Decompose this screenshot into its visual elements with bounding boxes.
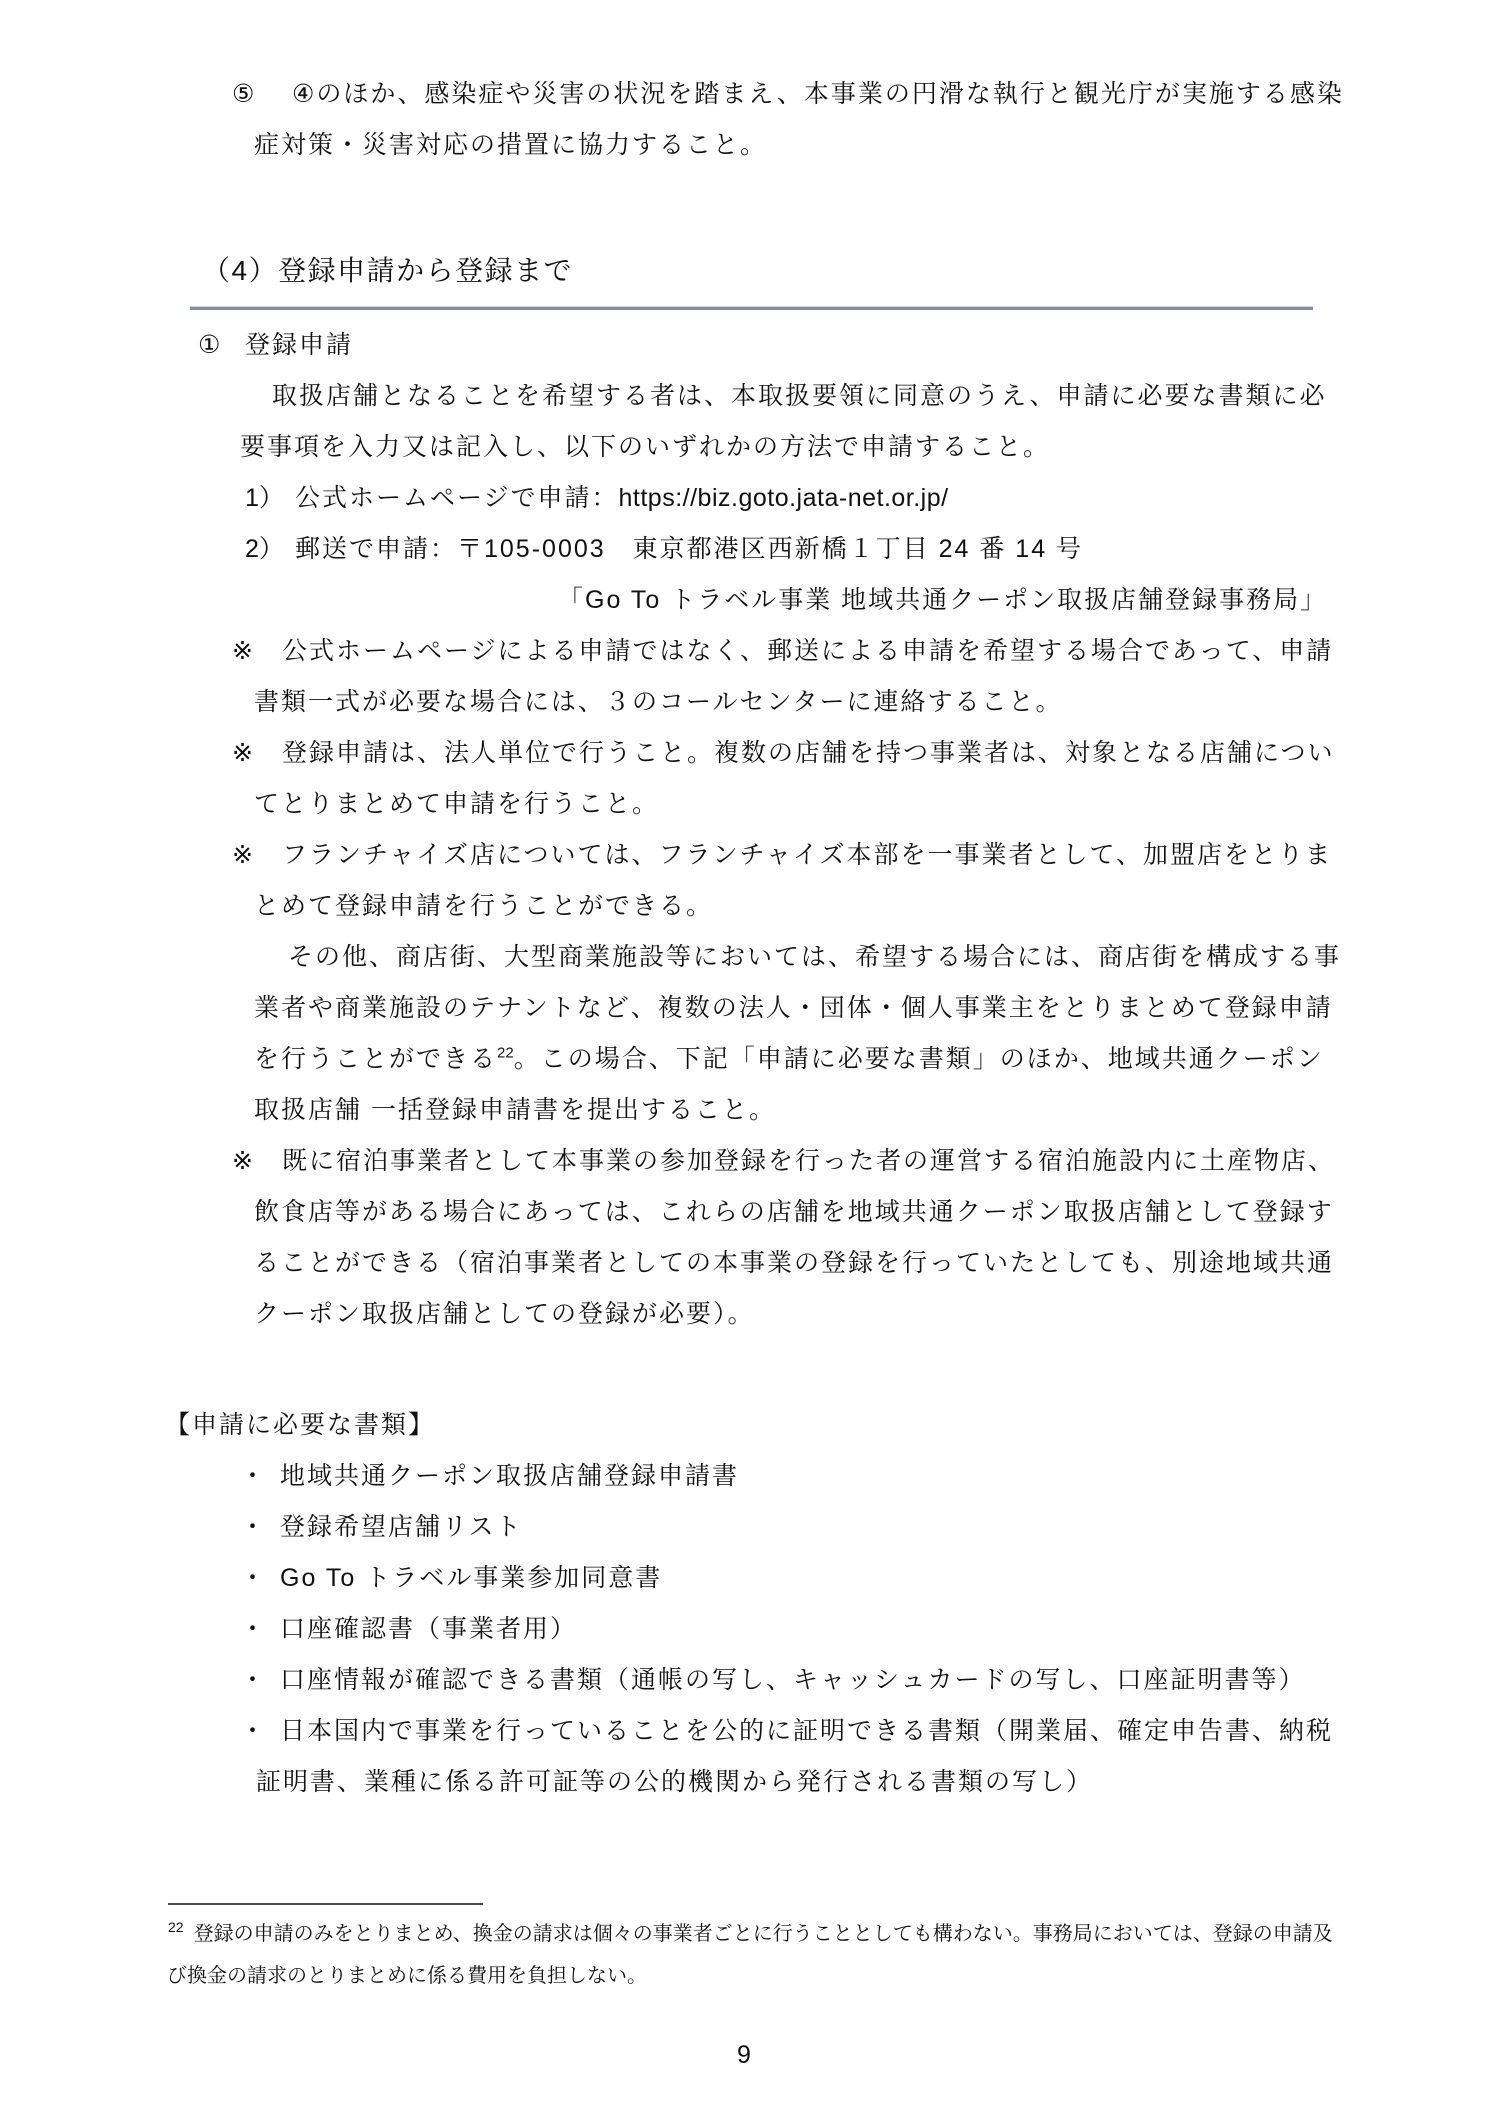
required-doc-item-wrap: 証明書、業種に係る許可証等の公的機関から発行される書類の写し）: [0, 1757, 1488, 1808]
note1-line1: ※公式ホームページによる申請ではなく、郵送による申請を希望する場合であって、申請: [0, 626, 1488, 677]
footnote-line1: 22登録の申請のみをとりまとめ、換金の請求は個々の事業者ごとに行うこととしても構…: [0, 1913, 1488, 1955]
note-marker: ※: [232, 728, 282, 779]
subsection-heading: ①登録申請: [0, 320, 1488, 371]
required-doc-text: 口座確認書（事業者用）: [280, 1615, 577, 1643]
note3-line1: ※フランチャイズ店については、フランチャイズ本部を一事業者として、加盟店をとりま: [0, 830, 1488, 881]
required-doc-item: ・口座確認書（事業者用）: [0, 1604, 1488, 1655]
note-marker: ※: [232, 626, 282, 677]
note4-line4: クーポン取扱店舗としての登録が必要）。: [0, 1289, 1488, 1340]
required-doc-item: ・登録希望店舗リスト: [0, 1502, 1488, 1553]
footnote-line2: び換金の請求のとりまとめに係る費用を負担しない。: [0, 1955, 1488, 1997]
page-number: 9: [0, 2030, 1488, 2080]
section-heading-rule: [190, 306, 1313, 310]
required-doc-text: 口座情報が確認できる書類（通帳の写し、キャッシュカードの写し、口座証明書等）: [280, 1666, 1306, 1694]
application-url: https://biz.goto.jata-net.or.jp/: [619, 484, 949, 512]
method-online-label: 公式ホームページで申請：: [295, 484, 619, 512]
required-docs-heading: 【申請に必要な書類】: [0, 1400, 1488, 1451]
note3-line2: とめて登録申請を行うことができる。: [0, 881, 1488, 932]
note3-text5-pre: を行うことができる: [254, 1045, 497, 1073]
mail-office-line: 「Go To トラベル事業 地域共通クーポン取扱店舗登録事務局」: [0, 575, 1488, 626]
required-doc-text: 日本国内で事業を行っていることを公的に証明できる書類（開業届、確定申告書、納税: [280, 1717, 1333, 1745]
section-heading: （4）登録申請から登録まで: [0, 249, 1488, 293]
method-2-marker: 2）: [245, 524, 295, 575]
note1-line2: 書類一式が必要な場合には、３のコールセンターに連絡すること。: [0, 677, 1488, 728]
bullet-marker: ・: [240, 1553, 280, 1604]
document-body: ⑤④のほか、感染症や災害の状況を踏まえ、本事業の円滑な執行と観光庁が実施する感染…: [0, 0, 1488, 1808]
footnote-number: 22: [168, 1919, 184, 1935]
bullet-marker: ・: [240, 1451, 280, 1502]
required-doc-item: ・地域共通クーポン取扱店舗登録申請書: [0, 1451, 1488, 1502]
required-doc-text: Go To トラベル事業参加同意書: [280, 1564, 662, 1592]
note4-text1: 既に宿泊事業者として本事業の参加登録を行った者の運営する宿泊施設内に土産物店、: [282, 1147, 1335, 1175]
method-1-marker: 1）: [245, 473, 295, 524]
note2-line2: てとりまとめて申請を行うこと。: [0, 779, 1488, 830]
note4-line1: ※既に宿泊事業者として本事業の参加登録を行った者の運営する宿泊施設内に土産物店、: [0, 1136, 1488, 1187]
required-doc-item: ・日本国内で事業を行っていることを公的に証明できる書類（開業届、確定申告書、納税: [0, 1706, 1488, 1757]
note3-text5-post: 。この場合、下記「申請に必要な書類」のほか、地域共通クーポン: [514, 1045, 1324, 1073]
required-doc-text: 登録希望店舗リスト: [280, 1513, 523, 1541]
note3-line3: その他、商店街、大型商業施設等においては、希望する場合には、商店街を構成する事: [0, 932, 1488, 983]
note2-line1: ※登録申請は、法人単位で行うこと。複数の店舗を持つ事業者は、対象となる店舗につい: [0, 728, 1488, 779]
note-marker: ※: [232, 830, 282, 881]
note-marker: ※: [232, 1136, 282, 1187]
footnote-ref-22: 22: [497, 1045, 514, 1062]
intro-item-line2: 症対策・災害対応の措置に協力すること。: [0, 120, 1488, 171]
bullet-marker: ・: [240, 1604, 280, 1655]
note3-line4: 業者や商業施設のテナントなど、複数の法人・団体・個人事業主をとりまとめて登録申請: [0, 983, 1488, 1034]
method-mail-text: 郵送で申請：〒105-0003 東京都港区西新橋１丁目 24 番 14 号: [295, 535, 1083, 563]
circled-1-marker: ①: [198, 320, 245, 371]
bullet-marker: ・: [240, 1655, 280, 1706]
intro-item-text1: ④のほか、感染症や災害の状況を踏まえ、本事業の円滑な執行と観光庁が実施する感染: [292, 80, 1344, 108]
subsection-title: 登録申請: [245, 331, 353, 359]
required-doc-item: ・口座情報が確認できる書類（通帳の写し、キャッシュカードの写し、口座証明書等）: [0, 1655, 1488, 1706]
bullet-marker: ・: [240, 1706, 280, 1757]
bullet-marker: ・: [240, 1502, 280, 1553]
intro-item-line1: ⑤④のほか、感染症や災害の状況を踏まえ、本事業の円滑な執行と観光庁が実施する感染: [0, 69, 1488, 120]
required-doc-text: 地域共通クーポン取扱店舗登録申請書: [280, 1462, 739, 1490]
document-page: ⑤④のほか、感染症や災害の状況を踏まえ、本事業の円滑な執行と観光庁が実施する感染…: [0, 0, 1488, 2104]
circled-5-marker: ⑤: [232, 69, 292, 120]
note3-text1: フランチャイズ店については、フランチャイズ本部を一事業者として、加盟店をとりま: [282, 841, 1332, 869]
note4-line2: 飲食店等がある場合にあっては、これらの店舗を地域共通クーポン取扱店舗として登録す: [0, 1187, 1488, 1238]
note4-line3: ることができる（宿泊事業者としての本事業の登録を行っていたとしても、別途地域共通: [0, 1238, 1488, 1289]
footnote-text1: 登録の申請のみをとりまとめ、換金の請求は個々の事業者ごとに行うこととしても構わな…: [194, 1923, 1333, 1945]
note3-line5: を行うことができる22。この場合、下記「申請に必要な書類」のほか、地域共通クーポ…: [0, 1034, 1488, 1085]
paragraph-line1: 取扱店舗となることを希望する者は、本取扱要領に同意のうえ、申請に必要な書類に必: [0, 371, 1488, 422]
note3-line6: 取扱店舗 一括登録申請書を提出すること。: [0, 1085, 1488, 1136]
footnote-separator-rule: [168, 1903, 483, 1905]
required-doc-item: ・Go To トラベル事業参加同意書: [0, 1553, 1488, 1604]
paragraph-line2: 要事項を入力又は記入し、以下のいずれかの方法で申請すること。: [0, 422, 1488, 473]
footnote-area: 22登録の申請のみをとりまとめ、換金の請求は個々の事業者ごとに行うこととしても構…: [0, 1903, 1488, 1997]
method-mail-line: 2）郵送で申請：〒105-0003 東京都港区西新橋１丁目 24 番 14 号: [0, 524, 1488, 575]
note1-text1: 公式ホームページによる申請ではなく、郵送による申請を希望する場合であって、申請: [282, 637, 1333, 665]
method-online-line: 1）公式ホームページで申請：https://biz.goto.jata-net.…: [0, 473, 1488, 524]
note2-text1: 登録申請は、法人単位で行うこと。複数の店舗を持つ事業者は、対象となる店舗につい: [282, 739, 1335, 767]
